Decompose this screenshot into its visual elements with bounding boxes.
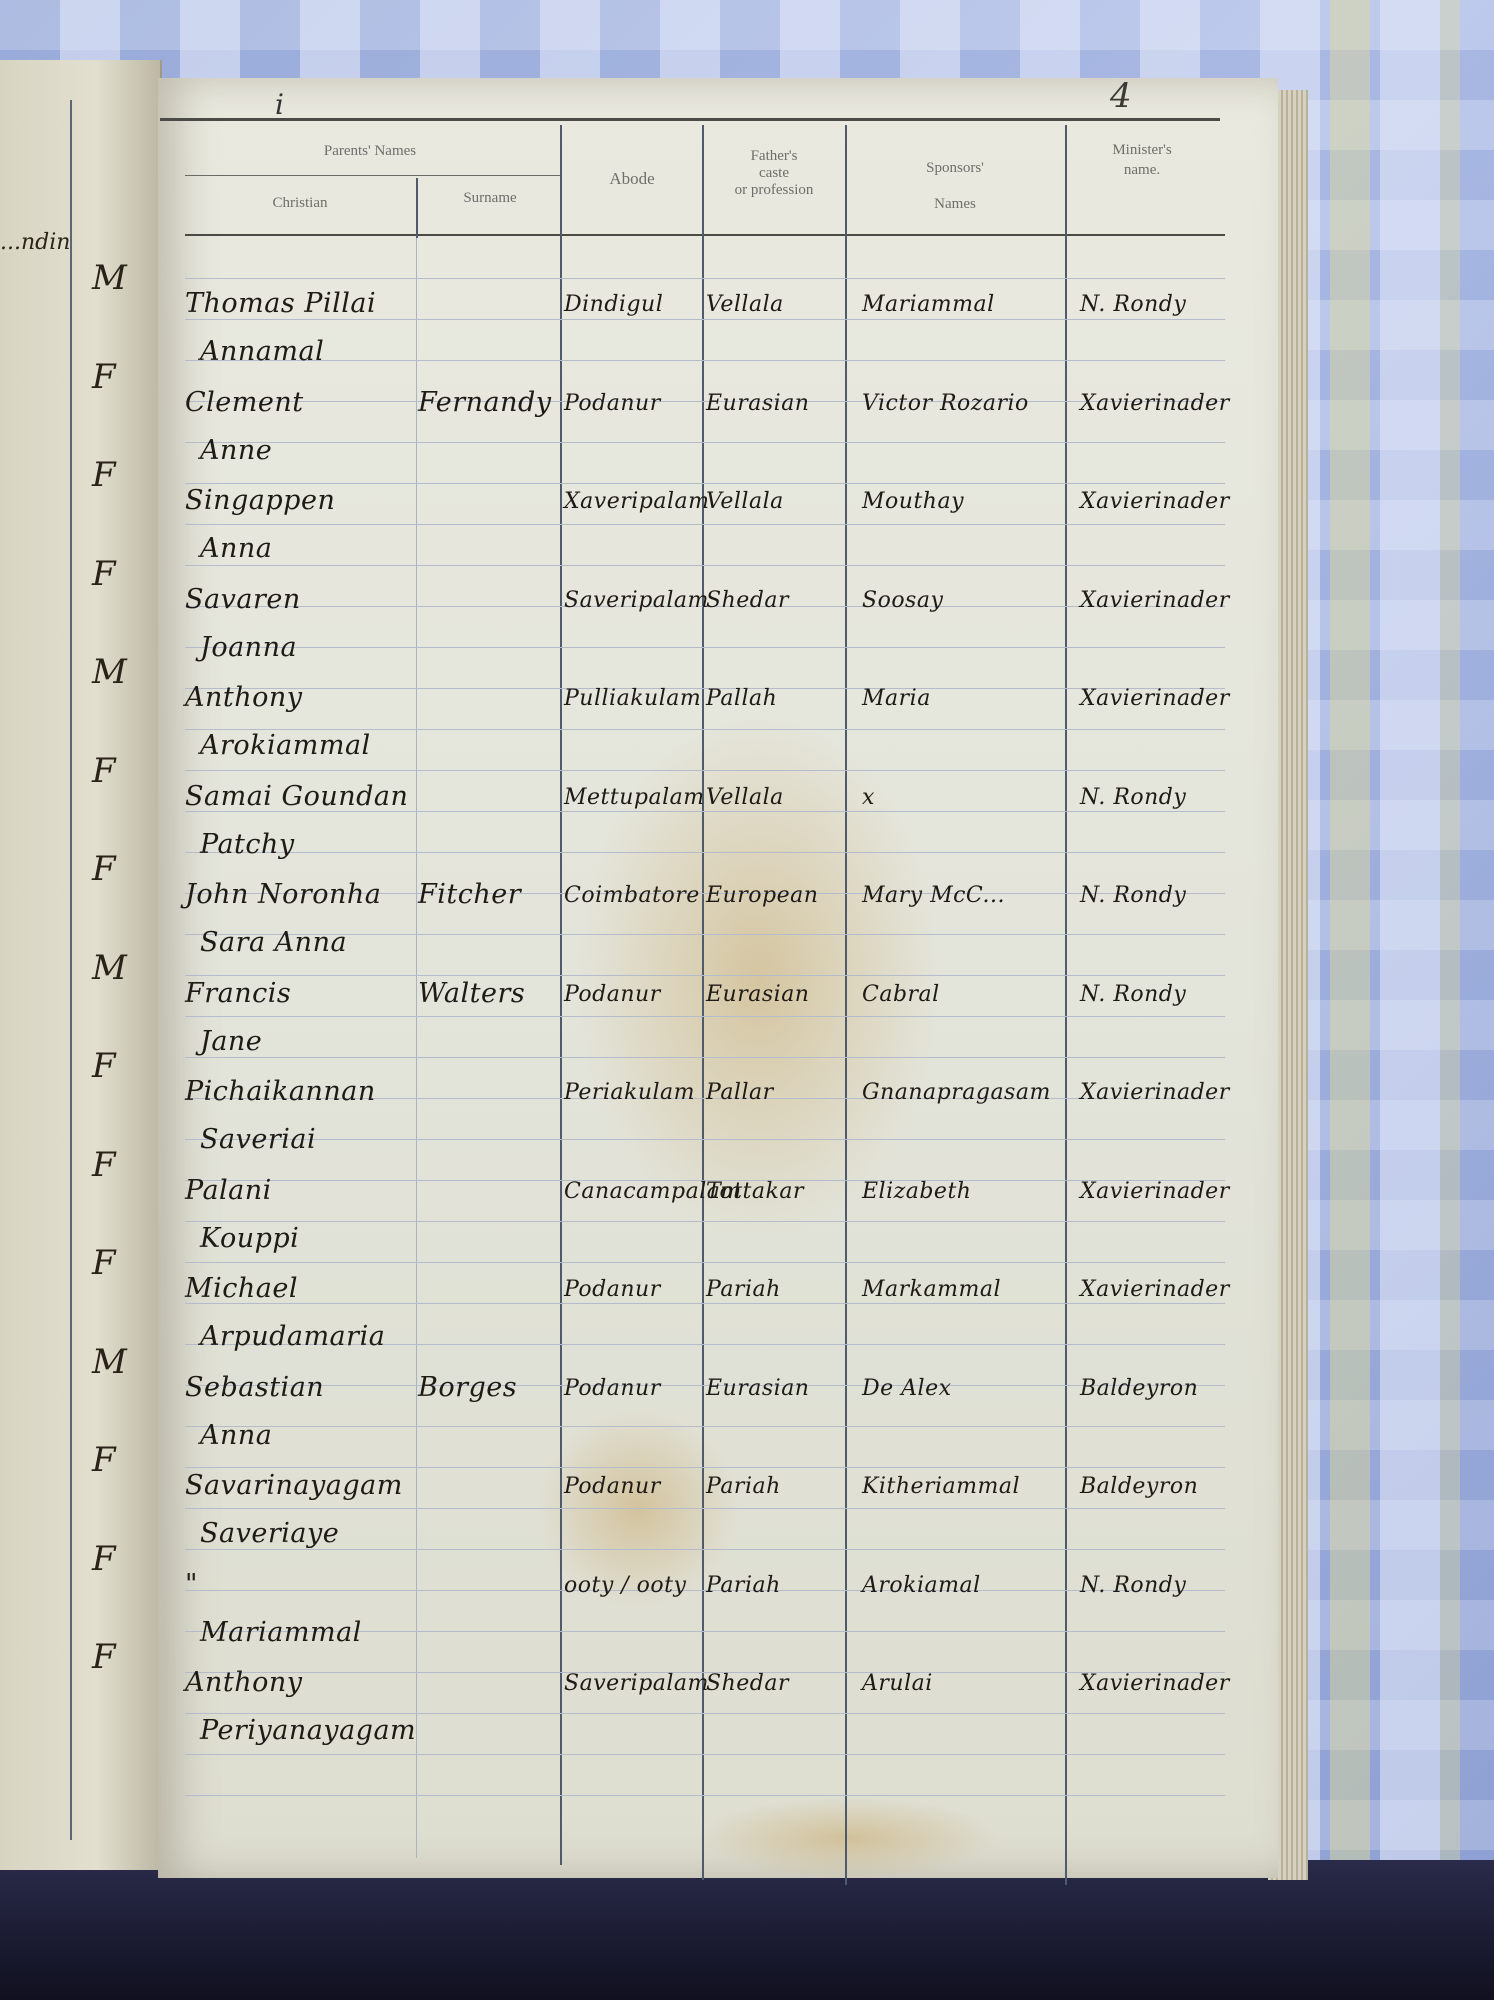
fathers-caste: Vellala [706, 292, 784, 317]
sponsor-name: Elizabeth [862, 1179, 971, 1204]
parent-surname: Fitcher [418, 879, 521, 910]
sponsor-name: Gnanapragasam [862, 1080, 1051, 1105]
father-christian-name: " [185, 1569, 198, 1600]
minister-name: N. Rondy [1080, 292, 1186, 317]
mother-christian-name: Saveriaye [200, 1518, 339, 1549]
sponsor-name: Maria [862, 686, 931, 711]
father-christian-name: Anthony [185, 1667, 303, 1698]
abode: Periakulam [564, 1080, 695, 1105]
abode: Xaveripalam [564, 489, 710, 514]
mother-christian-name: Periyanayagam [200, 1715, 416, 1746]
entry-sex: F [92, 455, 116, 495]
minister-name: N. Rondy [1080, 982, 1186, 1007]
mother-christian-name: Sara Anna [200, 927, 347, 958]
ruled-line [185, 565, 1225, 566]
entry-sex: F [92, 1440, 116, 1480]
ruled-line [185, 647, 1225, 648]
fathers-caste: Eurasian [706, 391, 809, 416]
ruled-line [185, 1467, 1225, 1468]
tick-mark: i [275, 88, 284, 121]
ruled-line [185, 1221, 1225, 1222]
ruled-line [185, 524, 1225, 525]
abode: Mettupalam [564, 785, 705, 810]
sponsor-name: Mariammal [862, 292, 995, 317]
sponsor-name: x [862, 785, 875, 810]
father-christian-name: Michael [185, 1273, 298, 1304]
entry-sex: F [92, 1145, 116, 1185]
father-christian-name: Savaren [185, 584, 301, 615]
mother-christian-name: Mariammal [200, 1617, 362, 1648]
ruled-line [185, 1795, 1225, 1796]
mother-christian-name: Kouppi [200, 1223, 299, 1254]
entry-sex: F [92, 1637, 116, 1677]
minister-name: Xavierinader [1080, 1671, 1230, 1696]
fathers-caste: Vellala [706, 785, 784, 810]
entry-sex: F [92, 357, 116, 397]
fathers-caste: European [706, 883, 818, 908]
ruled-line [185, 1508, 1225, 1509]
parent-surname: Walters [418, 978, 525, 1009]
fathers-caste: Vellala [706, 489, 784, 514]
mother-christian-name: Arokiammal [200, 730, 371, 761]
fathers-caste: Pariah [706, 1474, 781, 1499]
col-line-caste [702, 125, 704, 1880]
father-christian-name: Sebastian [185, 1372, 324, 1403]
father-christian-name: Clement [185, 387, 304, 418]
sponsor-name: Victor Rozario [862, 391, 1029, 416]
father-christian-name: Savarinayagam [185, 1470, 403, 1501]
ruled-line [185, 1139, 1225, 1140]
minister-name: N. Rondy [1080, 883, 1186, 908]
fathers-caste: Shedar [706, 588, 789, 613]
minister-name: Baldeyron [1080, 1474, 1198, 1499]
ruled-line [185, 319, 1225, 320]
parent-surname: Fernandy [418, 387, 552, 418]
entry-sex: M [92, 258, 127, 298]
header-bottom-rule [185, 234, 1225, 236]
fathers-caste: Pallar [706, 1080, 774, 1105]
ruled-line [185, 1057, 1225, 1058]
ruled-line [185, 483, 1225, 484]
mother-christian-name: Anne [200, 435, 272, 466]
header-christian: Christian [230, 195, 370, 212]
abode: Podanur [564, 1474, 661, 1499]
abode: Podanur [564, 1277, 661, 1302]
minister-name: Xavierinader [1080, 1080, 1230, 1105]
father-christian-name: Pichaikannan [185, 1076, 376, 1107]
father-christian-name: Francis [185, 978, 291, 1009]
sponsor-name: Arokiamal [862, 1573, 981, 1598]
abode: ooty / ooty [564, 1573, 686, 1598]
ruled-line [185, 688, 1225, 689]
header-minister-name: Minister's name. [1067, 140, 1217, 180]
minister-name: Xavierinader [1080, 391, 1230, 416]
entry-sex: F [92, 554, 116, 594]
mother-christian-name: Jane [200, 1026, 262, 1057]
fathers-caste: Pariah [706, 1277, 781, 1302]
ruled-line [185, 975, 1225, 976]
sponsor-name: Mary McC... [862, 883, 1005, 908]
father-christian-name: Palani [185, 1175, 272, 1206]
col-line-abode [560, 125, 562, 1865]
entry-sex: F [92, 849, 116, 889]
mother-christian-name: Patchy [200, 829, 295, 860]
ruled-line [185, 1262, 1225, 1263]
mother-christian-name: Anna [200, 1420, 272, 1451]
header-top-rule [160, 118, 1220, 121]
father-christian-name: Thomas Pillai [185, 288, 376, 319]
ruled-line [185, 442, 1225, 443]
minister-name: Xavierinader [1080, 588, 1230, 613]
register-content: i 4 Parents' Names Christian Surname Abo… [0, 0, 1494, 2000]
ruled-line [185, 278, 1225, 279]
entry-sex: F [92, 1046, 116, 1086]
abode: Saveripalam [564, 1671, 709, 1696]
sponsor-name: Kitheriammal [862, 1474, 1020, 1499]
entry-sex: M [92, 948, 127, 988]
fathers-caste: Pallah [706, 686, 777, 711]
entry-sex: M [92, 652, 127, 692]
page-number: 4 [1110, 76, 1132, 116]
sponsor-name: Markammal [862, 1277, 1001, 1302]
minister-name: Xavierinader [1080, 686, 1230, 711]
father-christian-name: Singappen [185, 485, 335, 516]
minister-name: Xavierinader [1080, 489, 1230, 514]
ruled-line [185, 770, 1225, 771]
entry-sex: F [92, 1539, 116, 1579]
abode: Podanur [564, 1376, 661, 1401]
mother-christian-name: Arpudamaria [200, 1321, 385, 1352]
parents-subheader-rule [185, 175, 560, 176]
abode: Coimbatore [564, 883, 700, 908]
ruled-line [185, 1713, 1225, 1714]
entry-sex: M [92, 1342, 127, 1382]
sponsor-name: Soosay [862, 588, 943, 613]
minister-name: Baldeyron [1080, 1376, 1198, 1401]
fathers-caste: Eurasian [706, 982, 809, 1007]
minister-name: N. Rondy [1080, 1573, 1186, 1598]
sponsor-name: Cabral [862, 982, 940, 1007]
abode: Saveripalam [564, 588, 709, 613]
entry-sex: F [92, 1243, 116, 1283]
abode: Dindigul [564, 292, 663, 317]
entry-sex: F [92, 751, 116, 791]
ruled-line [185, 1016, 1225, 1017]
abode: Podanur [564, 391, 661, 416]
fathers-caste: Shedar [706, 1671, 789, 1696]
header-fathers-caste: Father's caste or profession [704, 148, 844, 199]
fathers-caste: Pariah [706, 1573, 781, 1598]
col-line-christian-surname [416, 178, 418, 238]
father-christian-name: John Noronha [185, 879, 381, 910]
father-christian-name: Anthony [185, 682, 303, 713]
mother-christian-name: Annamal [200, 336, 324, 367]
abode: Pulliakulam [564, 686, 701, 711]
ruled-line [185, 360, 1225, 361]
minister-name: N. Rondy [1080, 785, 1186, 810]
sponsor-name: Arulai [862, 1671, 933, 1696]
father-christian-name: Samai Goundan [185, 781, 408, 812]
header-abode: Abode [562, 170, 702, 187]
col-line-surname-faint [416, 238, 417, 1858]
abode: Podanur [564, 982, 661, 1007]
col-line-minister [1065, 125, 1067, 1885]
header-surname: Surname [420, 190, 560, 207]
sponsor-name: De Alex [862, 1376, 952, 1401]
ruled-line [185, 1385, 1225, 1386]
fathers-caste: Eurasian [706, 1376, 809, 1401]
parent-surname: Borges [418, 1372, 517, 1403]
minister-name: Xavierinader [1080, 1179, 1230, 1204]
ruled-line [185, 852, 1225, 853]
ruled-line [185, 1590, 1225, 1591]
header-sponsors-names: Sponsors' Names [847, 150, 1063, 222]
sponsor-name: Mouthay [862, 489, 964, 514]
ruled-line [185, 1426, 1225, 1427]
ruled-line [185, 1549, 1225, 1550]
fathers-caste: Tottakar [706, 1179, 804, 1204]
mother-christian-name: Saveriai [200, 1124, 316, 1155]
mother-christian-name: Joanna [200, 632, 297, 663]
col-line-sponsors [845, 125, 847, 1885]
ruled-line [185, 1303, 1225, 1304]
header-parents-names: Parents' Names [270, 143, 470, 160]
minister-name: Xavierinader [1080, 1277, 1230, 1302]
mother-christian-name: Anna [200, 533, 272, 564]
ruled-line [185, 1754, 1225, 1755]
ruled-line [185, 401, 1225, 402]
